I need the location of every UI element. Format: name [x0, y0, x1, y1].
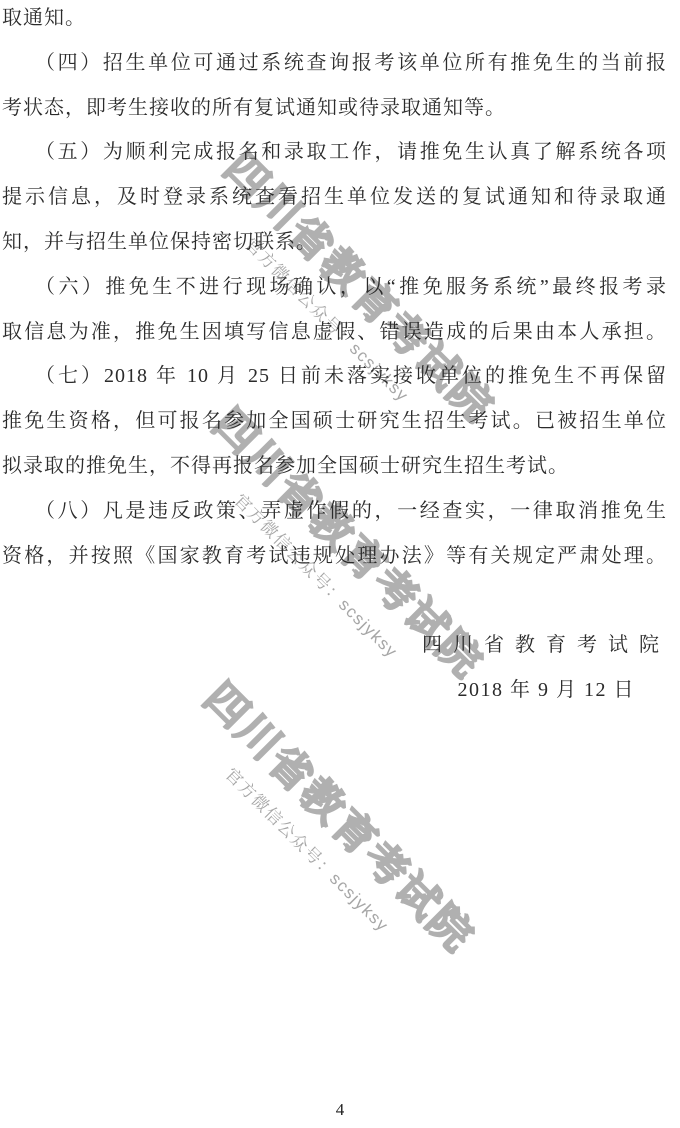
blank-line: [0, 578, 680, 623]
doc-line: 取通知。: [0, 0, 680, 41]
document-page: 四川省教育考试院 官方微信公众号：scsjyksy 四川省教育考试院 官方微信公…: [0, 0, 680, 1128]
doc-line: 拟录取的推免生，不得再报名参加全国硕士研究生招生考试。: [0, 444, 680, 489]
document-body: 取通知。 （四）招生单位可通过系统查询报考该单位所有推免生的当前报 考状态，即考…: [0, 0, 680, 713]
doc-line: 资格，并按照《国家教育考试违规处理办法》等有关规定严肃处理。: [0, 534, 680, 579]
doc-line: （五）为顺利完成报名和录取工作，请推免生认真了解系统各项: [0, 130, 680, 175]
doc-line: 提示信息，及时登录系统查看招生单位发送的复试通知和待录取通: [0, 175, 680, 220]
signature-line: 四川省教育考试院: [0, 623, 680, 668]
doc-line: 考状态，即考生接收的所有复试通知或待录取通知等。: [0, 86, 680, 131]
doc-line: （八）凡是违反政策、弄虚作假的，一经查实，一律取消推免生: [0, 489, 680, 534]
doc-line: 取信息为准，推免生因填写信息虚假、错误造成的后果由本人承担。: [0, 310, 680, 355]
date-line: 2018 年 9 月 12 日: [0, 668, 680, 713]
doc-line: 推免生资格，但可报名参加全国硕士研究生招生考试。已被招生单位: [0, 399, 680, 444]
doc-line: （六）推免生不进行现场确认，以“推免服务系统”最终报考录: [0, 265, 680, 310]
doc-line: 知，并与招生单位保持密切联系。: [0, 220, 680, 265]
doc-line: （四）招生单位可通过系统查询报考该单位所有推免生的当前报: [0, 41, 680, 86]
page-number: 4: [0, 1100, 680, 1120]
doc-line: （七）2018 年 10 月 25 日前未落实接收单位的推免生不再保留: [0, 354, 680, 399]
watermark-content: 四川省教育考试院 官方微信公众号：scsjyksy: [300, 795, 363, 858]
